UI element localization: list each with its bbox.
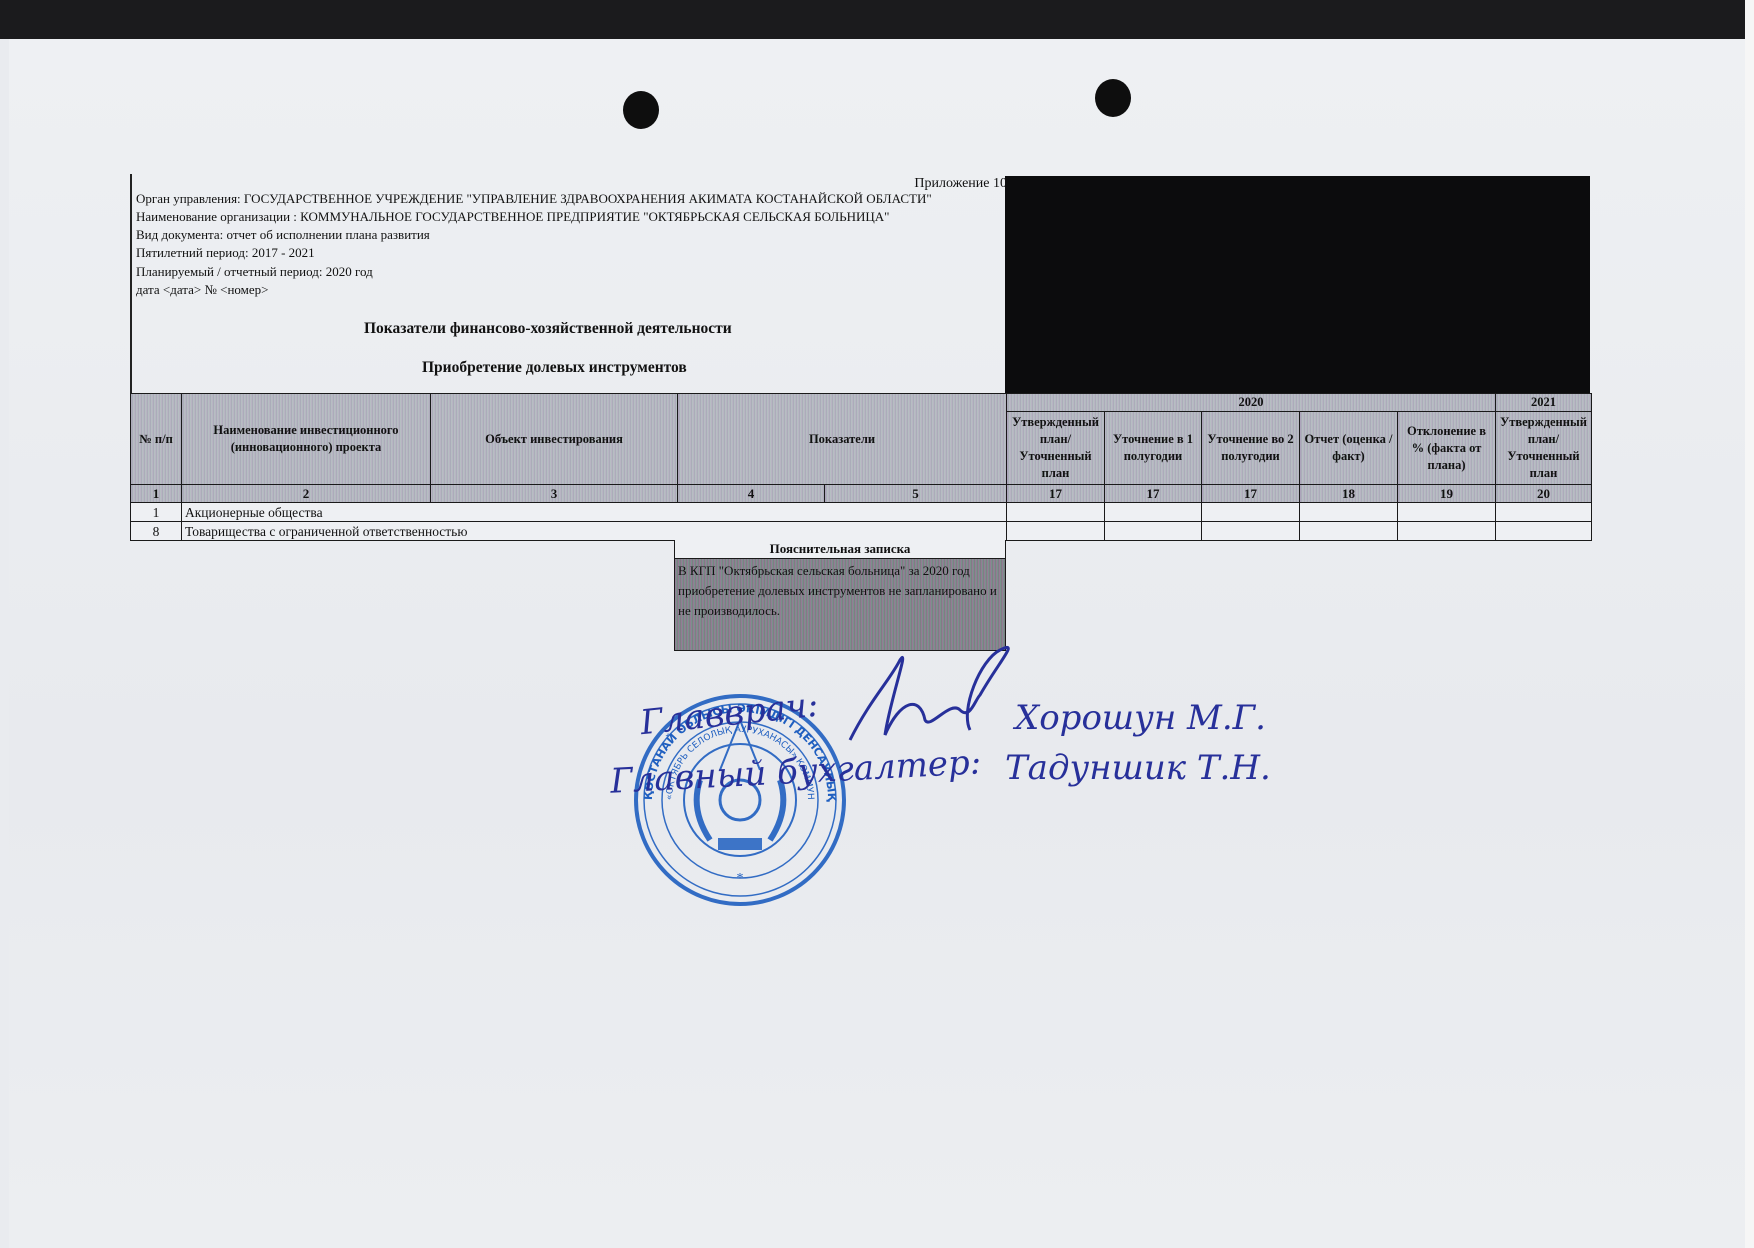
table-row: 8 Товарищества с ограниченной ответствен… <box>131 522 1592 541</box>
row-number: 8 <box>131 522 182 541</box>
page-subtitle: Приобретение долевых инструментов <box>422 359 687 377</box>
col-index-2: 2 <box>182 485 431 503</box>
col-header-h2-revision: Уточнение во 2 полугодии <box>1202 412 1300 485</box>
col-index-5: 5 <box>825 485 1007 503</box>
signature-scribble-1-icon <box>830 640 1030 760</box>
signature-role-2: Главный бухгалтер: <box>609 742 982 801</box>
row-name: Товарищества с ограниченной ответственно… <box>182 522 1007 541</box>
col-index-19: 19 <box>1398 485 1496 503</box>
cell-empty <box>1398 522 1496 541</box>
col-index-1: 1 <box>131 485 182 503</box>
appendix-label: Приложение 10 <box>914 176 1007 192</box>
note-body: В КГП "Октябрьская сельская больница" за… <box>675 559 1005 650</box>
year-group-2021: 2021 <box>1496 394 1592 412</box>
redacted-block <box>1005 176 1590 396</box>
col-index-3: 3 <box>431 485 678 503</box>
header-governing-body: Орган управления: ГОСУДАРСТВЕННОЕ УЧРЕЖД… <box>136 191 932 207</box>
punch-hole-left <box>623 91 659 129</box>
col-header-investment-object: Объект инвестирования <box>431 394 678 485</box>
punch-hole-right <box>1095 79 1131 117</box>
header-doc-type: Вид документа: отчет об исполнении плана… <box>136 227 430 243</box>
cell-empty <box>1007 503 1105 522</box>
cell-empty <box>1496 522 1592 541</box>
document-header: Приложение 10 Орган управления: ГОСУДАРС… <box>130 174 1007 396</box>
col-header-h1-revision: Уточнение в 1 полугодии <box>1105 412 1202 485</box>
col-header-approved-plan-2020: Утвержденный план/Уточненный план <box>1007 412 1105 485</box>
signature-name-2: Тадуншик Т.Н. <box>1005 748 1271 788</box>
cell-empty <box>1398 503 1496 522</box>
col-header-report: Отчет (оценка / факт) <box>1300 412 1398 485</box>
note-title: Пояснительная записка <box>675 540 1005 559</box>
cell-empty <box>1007 522 1105 541</box>
header-date-number: дата <дата> № <номер> <box>136 282 269 298</box>
equity-instruments-table: № п/п Наименование инвестиционного (инно… <box>130 393 1592 541</box>
signature-block: Главврач: Хорошун М.Г. Главный бухгалтер… <box>620 640 1440 820</box>
col-index-17a: 17 <box>1007 485 1105 503</box>
svg-text:*: * <box>737 871 744 886</box>
cell-empty <box>1202 522 1300 541</box>
cell-empty <box>1300 522 1398 541</box>
cell-empty <box>1496 503 1592 522</box>
cell-empty <box>1105 522 1202 541</box>
col-header-approved-plan-2021: Утвержденный план/Уточненный план <box>1496 412 1592 485</box>
explanatory-note: Пояснительная записка В КГП "Октябрьская… <box>674 540 1006 651</box>
col-index-18: 18 <box>1300 485 1398 503</box>
year-group-2020: 2020 <box>1007 394 1496 412</box>
page-title: Показатели финансово-хозяйственной деяте… <box>364 320 732 338</box>
signature-role-1: Главврач: <box>638 685 820 743</box>
table-row: 1 Акционерные общества <box>131 503 1592 522</box>
header-reporting-period: Планируемый / отчетный период: 2020 год <box>136 264 373 280</box>
signature-name-1: Хорошун М.Г. <box>1015 698 1266 738</box>
cell-empty <box>1300 503 1398 522</box>
col-header-deviation: Отклонение в % (факта от плана) <box>1398 412 1496 485</box>
col-header-project-name: Наименование инвестиционного (инновацион… <box>182 394 431 485</box>
row-number: 1 <box>131 503 182 522</box>
cell-empty <box>1105 503 1202 522</box>
cell-empty <box>1202 503 1300 522</box>
row-name: Акционерные общества <box>182 503 1007 522</box>
col-header-number: № п/п <box>131 394 182 485</box>
col-index-17b: 17 <box>1105 485 1202 503</box>
paper-right-edge <box>1745 0 1754 1248</box>
col-header-indicators: Показатели <box>678 394 1007 485</box>
col-index-17c: 17 <box>1202 485 1300 503</box>
header-organization: Наименование организации : КОММУНАЛЬНОЕ … <box>136 209 889 225</box>
header-five-year-period: Пятилетний период: 2017 - 2021 <box>136 245 315 261</box>
col-index-4: 4 <box>678 485 825 503</box>
scanner-top-band <box>0 0 1754 39</box>
col-index-20: 20 <box>1496 485 1592 503</box>
